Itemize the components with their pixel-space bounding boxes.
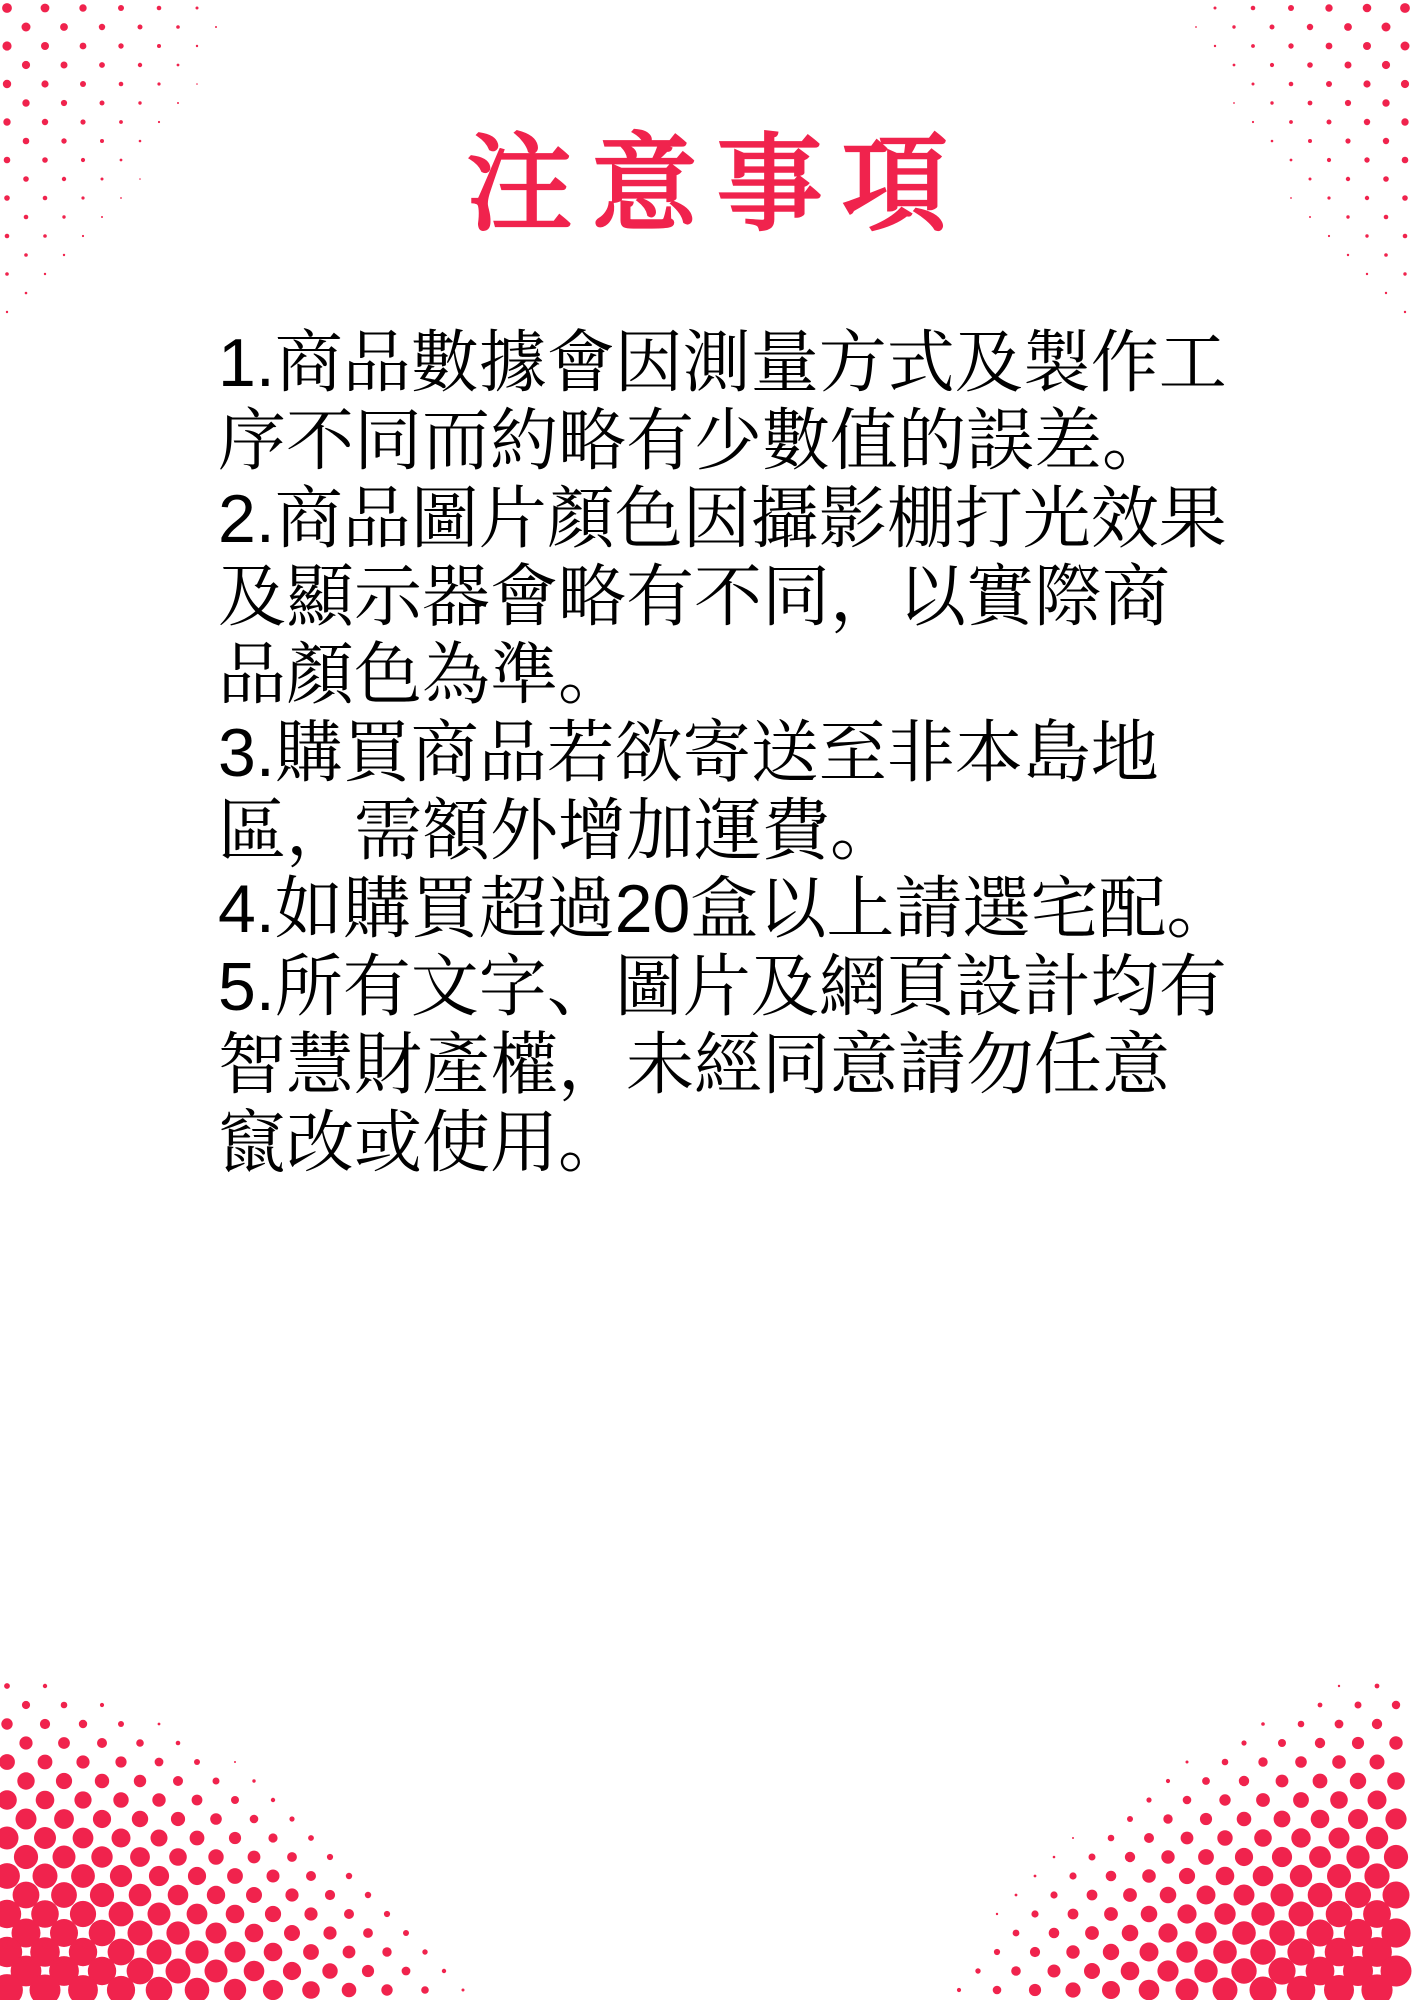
notice-item-3: 3.購買商品若欲寄送至非本島地 區，需額外增加運費。 (218, 714, 1294, 870)
halftone-bottom-right-decoration (914, 1640, 1414, 2000)
notice-item-5: 5.所有文字、圖片及網頁設計均有 智慧財產權，未經同意請勿任意 竄改或使用。 (218, 948, 1294, 1182)
notice-list: 1.商品數據會因測量方式及製作工 序不同而約略有少數值的誤差。 2.商品圖片顏色… (218, 324, 1294, 1182)
notice-item-4: 4.如購買超過20盒以上請選宅配。 (218, 870, 1294, 948)
notice-item-2: 2.商品圖片顏色因攝影棚打光效果 及顯示器會略有不同，以實際商 品顏色為準。 (218, 480, 1294, 714)
notice-item-1: 1.商品數據會因測量方式及製作工 序不同而約略有少數值的誤差。 (218, 324, 1294, 480)
halftone-bottom-left-decoration (0, 1640, 500, 2000)
page-title: 注意事項 (0, 132, 1414, 238)
